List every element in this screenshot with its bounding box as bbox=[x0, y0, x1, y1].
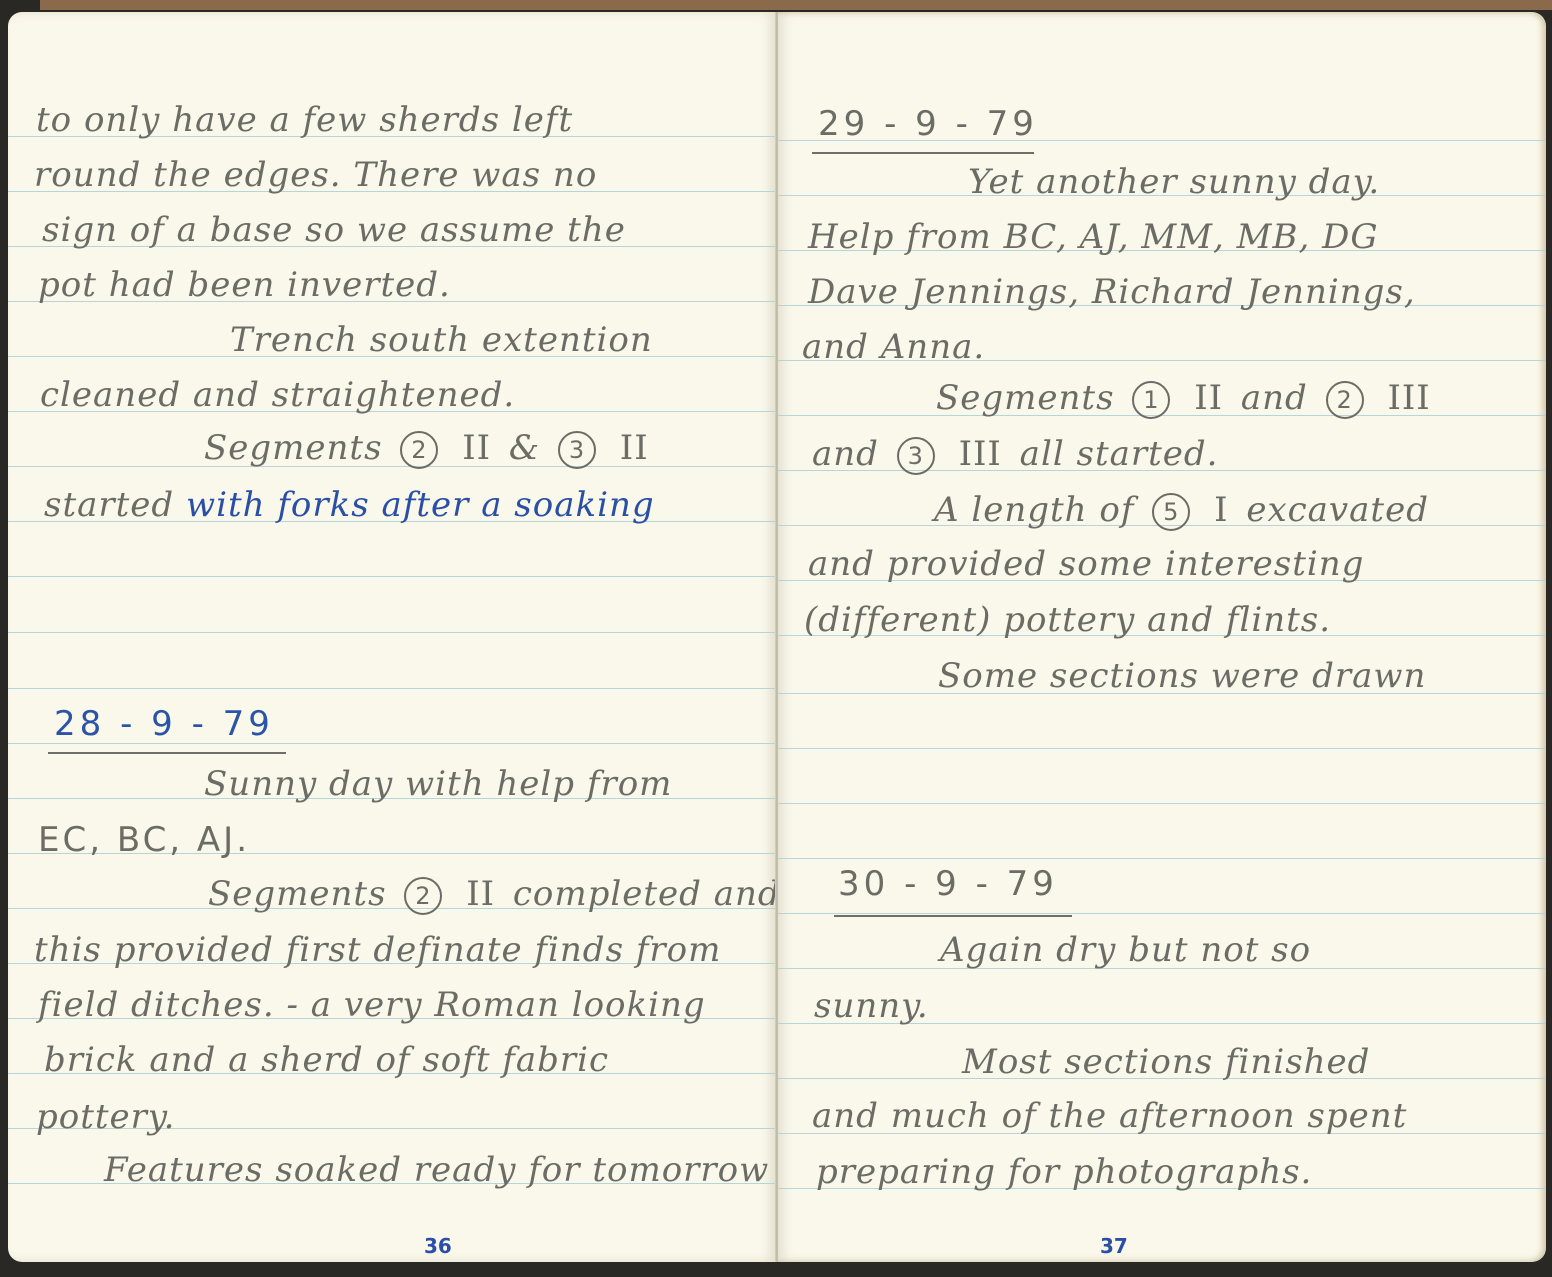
handwritten-line: Again dry but not so bbox=[940, 930, 1311, 970]
notebook-page-left: to only have a few sherds left round the… bbox=[8, 12, 776, 1262]
handwritten-line: cleaned and straightened. bbox=[40, 375, 515, 415]
handwritten-line: and much of the afternoon spent bbox=[812, 1096, 1407, 1136]
page-number: 37 bbox=[1100, 1234, 1128, 1258]
handwritten-line: Yet another sunny day. bbox=[968, 162, 1380, 202]
ruled-line bbox=[8, 632, 776, 633]
circled-segment-number: 2 bbox=[1326, 381, 1364, 419]
ruled-line bbox=[778, 913, 1546, 914]
handwritten-line: Some sections were drawn bbox=[938, 656, 1426, 696]
segments-line: Segments 2 II & 3 II bbox=[204, 428, 655, 469]
handwritten-line: to only have a few sherds left bbox=[36, 100, 573, 140]
handwritten-line: pottery. bbox=[36, 1097, 175, 1137]
handwritten-line: (different) pottery and flints. bbox=[804, 600, 1331, 640]
circled-segment-number: 3 bbox=[897, 437, 935, 475]
handwritten-line: sign of a base so we assume the bbox=[42, 210, 626, 250]
blue-ink-text: with forks after a soaking bbox=[186, 485, 655, 525]
circled-segment-number: 1 bbox=[1132, 381, 1170, 419]
ruled-line bbox=[778, 748, 1546, 749]
handwritten-line: Help from BC, AJ, MM, MB, DG bbox=[808, 217, 1379, 257]
segments-line: and 3 III all started. bbox=[812, 434, 1219, 475]
handwritten-line: Most sections finished bbox=[962, 1042, 1370, 1082]
handwritten-line: Trench south extention bbox=[230, 320, 653, 360]
handwritten-line: field ditches. - a very Roman looking bbox=[38, 985, 706, 1025]
notebook-page-right: 29 - 9 - 79 Yet another sunny day. Help … bbox=[778, 12, 1546, 1262]
date-underline bbox=[48, 752, 286, 754]
handwritten-line: brick and a sherd of soft fabric bbox=[44, 1040, 609, 1080]
handwritten-line: sunny. bbox=[814, 986, 929, 1026]
handwritten-line: round the edges. There was no bbox=[34, 155, 597, 195]
segments-line: Segments 1 II and 2 III bbox=[936, 378, 1437, 419]
notebook-cover-edge bbox=[40, 0, 1552, 10]
circled-segment-number: 2 bbox=[400, 431, 438, 469]
ruled-line bbox=[8, 688, 776, 689]
entry-date: 28 - 9 - 79 bbox=[54, 704, 274, 744]
handwritten-line: and provided some interesting bbox=[808, 544, 1364, 584]
segments-line: A length of 5 I excavated bbox=[934, 490, 1429, 531]
date-underline bbox=[834, 915, 1072, 917]
date-underline bbox=[812, 152, 1034, 154]
page-number: 36 bbox=[424, 1234, 452, 1258]
segments-line: Segments 2 II completed and bbox=[208, 874, 776, 915]
circled-segment-number: 3 bbox=[558, 431, 596, 469]
handwritten-line: Features soaked ready for tomorrow bbox=[104, 1150, 769, 1190]
circled-segment-number: 2 bbox=[404, 877, 442, 915]
handwritten-line: Sunny day with help from bbox=[204, 764, 672, 804]
entry-date: 30 - 9 - 79 bbox=[838, 864, 1058, 904]
started-line: started with forks after a soaking bbox=[44, 485, 655, 525]
entry-date: 29 - 9 - 79 bbox=[818, 104, 1038, 144]
ruled-line bbox=[778, 803, 1546, 804]
ruled-line bbox=[778, 858, 1546, 859]
ruled-line bbox=[8, 576, 776, 577]
handwritten-line: and Anna. bbox=[802, 327, 985, 367]
handwritten-line: this provided first definate finds from bbox=[34, 930, 721, 970]
handwritten-line: pot had been inverted. bbox=[38, 265, 451, 305]
handwritten-line: preparing for photographs. bbox=[816, 1152, 1312, 1192]
handwritten-line: Dave Jennings, Richard Jennings, bbox=[808, 272, 1416, 312]
handwritten-line: EC, BC, AJ. bbox=[38, 820, 250, 860]
circled-segment-number: 5 bbox=[1152, 493, 1190, 531]
